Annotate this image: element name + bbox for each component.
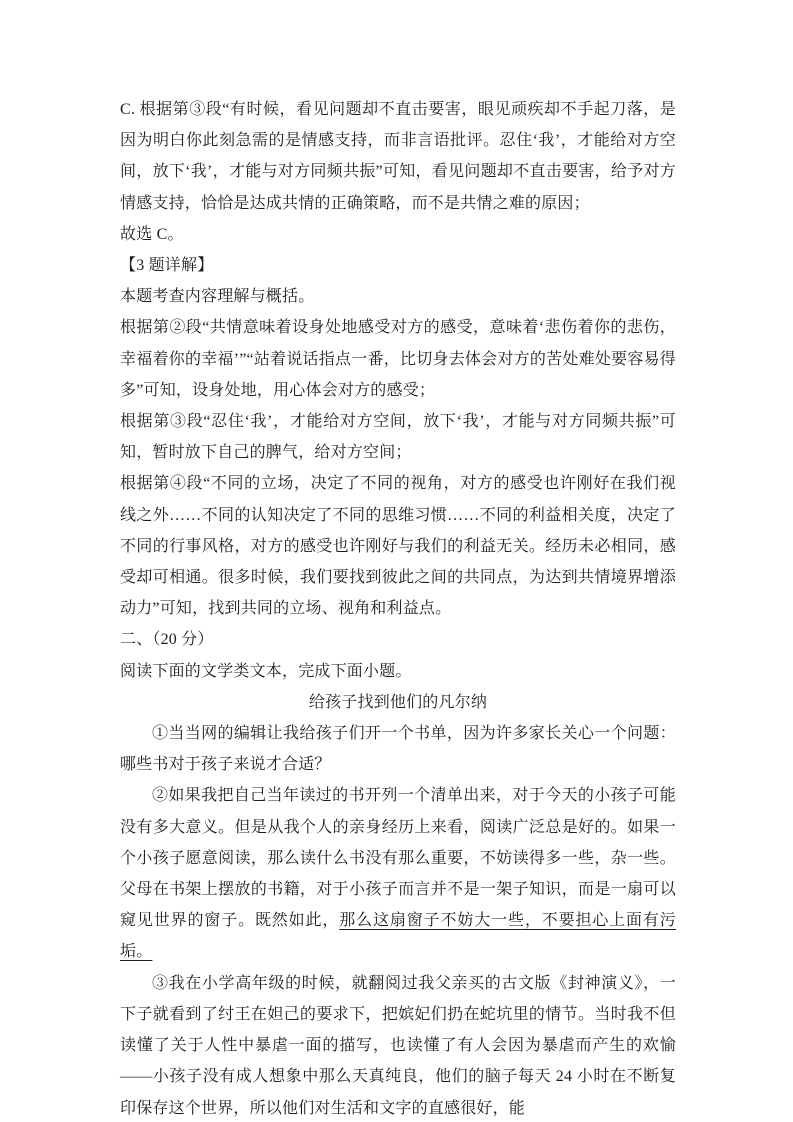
essay-paragraph-2-lead: ②如果我把自己当年读过的书开列一个清单出来，对于今天的小孩子可能没有多大意义。但…	[120, 787, 676, 929]
document-content: C. 根据第③段“有时候，看见问题却不直击要害，眼见顽疾却不手起刀落，是因为明白…	[120, 94, 676, 1122]
essay-paragraph-2: ②如果我把自己当年读过的书开列一个清单出来，对于今天的小孩子可能没有多大意义。但…	[120, 780, 676, 967]
analysis-paragraph-3: 根据第③段“忍住‘我’，才能给对方空间，放下‘我’，才能与对方同频共振”可知，暂…	[120, 406, 676, 468]
option-c-analysis: C. 根据第③段“有时候，看见问题却不直击要害，眼见顽疾却不手起刀落，是因为明白…	[120, 94, 676, 219]
essay-paragraph-1: ①当当网的编辑让我给孩子们开一个书单，因为许多家长关心一个问题：哪些书对于孩子来…	[120, 718, 676, 780]
analysis-paragraph-2: 根据第②段“共情意味着设身处地感受对方的感受，意味着‘悲伤着你的悲伤，幸福着你的…	[120, 312, 676, 406]
exam-point: 本题考查内容理解与概括。	[120, 281, 676, 312]
question-3-detail-header: 【3 题详解】	[120, 250, 676, 281]
analysis-paragraph-4: 根据第④段“不同的立场，决定了不同的视角，对方的感受也许刚好在我们视线之外……不…	[120, 468, 676, 624]
document-page: C. 根据第③段“有时候，看见问题却不直击要害，眼见顽疾却不手起刀落，是因为明白…	[0, 0, 793, 1122]
essay-title: 给孩子找到他们的凡尔纳	[120, 687, 676, 718]
reading-instruction: 阅读下面的文学类文本，完成下面小题。	[120, 656, 676, 687]
section-2-header: 二、（20 分）	[120, 624, 676, 655]
answer-conclusion: 故选 C。	[120, 219, 676, 250]
essay-paragraph-3: ③我在小学高年级的时候，就翻阅过我父亲买的古文版《封神演义》，一下子就看到了纣王…	[120, 968, 676, 1122]
